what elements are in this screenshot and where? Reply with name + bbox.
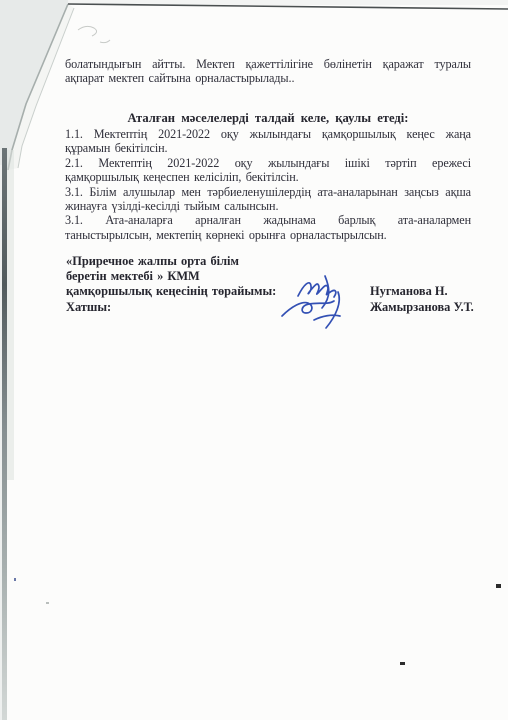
chair-name: Нугманова Н. [370,284,448,299]
resolution-item-3-1b: 3.1. Ата-аналарға арналған жадынама барл… [65,213,471,242]
handwritten-signatures [278,264,362,340]
resolution-items: 1.1. Мектептің 2021-2022 оқу жылындағы қ… [65,127,471,242]
resolution-heading: Аталған мәселелерді талдай келе, қаулы е… [65,111,471,126]
resolution-item-2-1: 2.1. Мектептің 2021-2022 оқу жылындағы і… [65,156,471,185]
document-content: болатындығын айтты. Мектеп қажеттілігіне… [0,0,508,720]
intro-paragraph: болатындығын айтты. Мектеп қажеттілігіне… [65,57,471,86]
secretary-signature-icon [282,292,340,328]
resolution-item-3-1a: 3.1. Білім алушылар мен тәрбиеленушілерд… [65,185,471,214]
scanned-document-page: болатындығын айтты. Мектеп қажеттілігіне… [0,0,508,720]
secretary-name: Жамырзанова У.Т. [370,300,474,315]
resolution-item-1-1: 1.1. Мектептің 2021-2022 оқу жылындағы қ… [65,127,471,156]
